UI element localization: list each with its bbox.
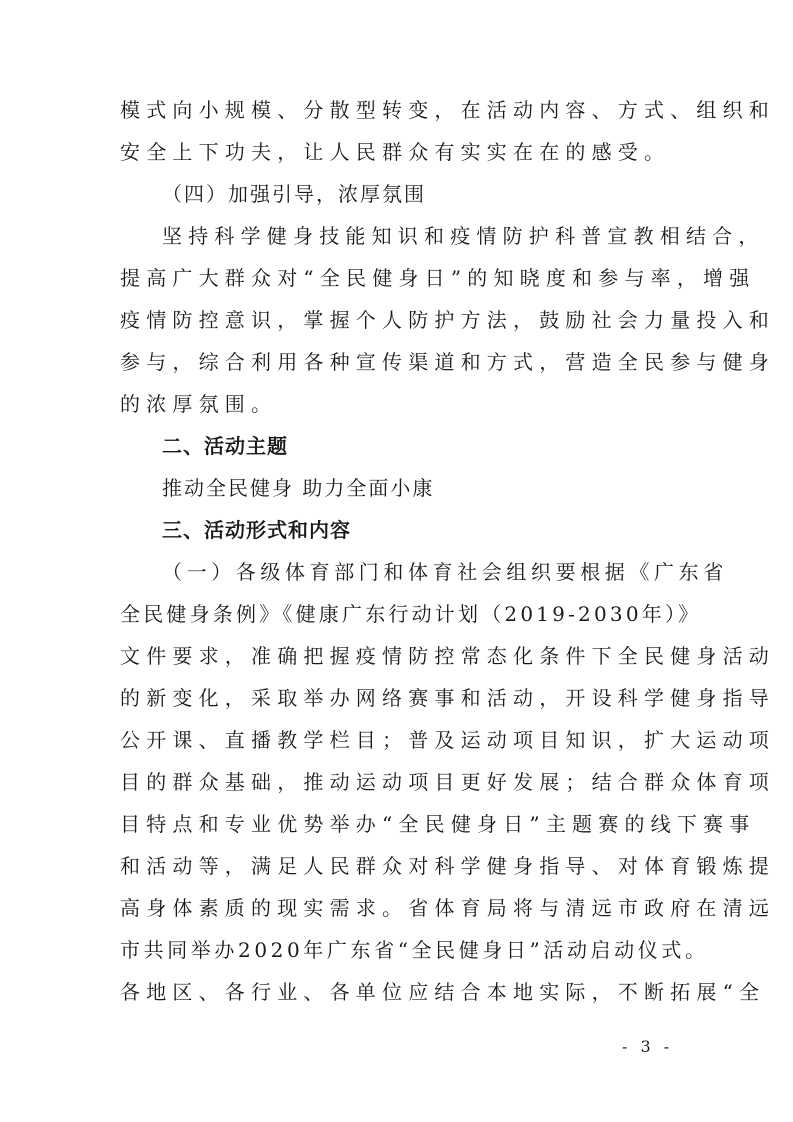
paragraph-line: 安全上下功夫，让人民群众有实实在在的感受。: [120, 139, 668, 165]
paragraph-line: 参与，综合利用各种宣传渠道和方式，营造全民参与健身: [120, 349, 668, 375]
paragraph-line: 高身体素质的现实需求。省体育局将与清远市政府在清远: [120, 895, 668, 921]
paragraph-line: 目的群众基础，推动运动项目更好发展；结合群众体育项: [120, 769, 668, 795]
page-number: - 3 -: [622, 1037, 673, 1057]
paragraph-line: 各地区、各行业、各单位应结合本地实际，不断拓展“全: [120, 979, 668, 1005]
paragraph-line: 疫情防控意识，掌握个人防护方法，鼓励社会力量投入和: [120, 307, 668, 333]
paragraph-line: 的浓厚氛围。: [120, 391, 668, 417]
paragraph-line: 的新变化，采取举办网络赛事和活动，开设科学健身指导: [120, 685, 668, 711]
paragraph-line: 模式向小规模、分散型转变，在活动内容、方式、组织和: [120, 97, 668, 123]
paragraph-line: 全民健身条例》《健康广东行动计划（2019-2030年）》: [120, 601, 668, 627]
paragraph-line: 坚持科学健身技能知识和疫情防护科普宣教相结合，: [162, 223, 710, 249]
paragraph-line: 和活动等，满足人民群众对科学健身指导、对体育锻炼提: [120, 853, 668, 879]
document-page: 模式向小规模、分散型转变，在活动内容、方式、组织和 安全上下功夫，让人民群众有实…: [0, 0, 793, 1122]
paragraph-line: 提高广大群众对“全民健身日”的知晓度和参与率，增强: [120, 265, 668, 291]
section-heading: 二、活动主题: [162, 433, 710, 459]
subsection-heading: （四）加强引导，浓厚氛围: [162, 181, 710, 207]
paragraph-line: 市共同举办2020年广东省“全民健身日”活动启动仪式。: [120, 937, 668, 963]
section-heading: 三、活动形式和内容: [162, 517, 710, 543]
activity-theme: 推动全民健身 助力全面小康: [162, 475, 710, 501]
paragraph-line: （一）各级体育部门和体育社会组织要根据《广东省: [162, 559, 710, 585]
paragraph-line: 目特点和专业优势举办“全民健身日”主题赛的线下赛事: [120, 811, 668, 837]
paragraph-line: 公开课、直播教学栏目；普及运动项目知识，扩大运动项: [120, 727, 668, 753]
paragraph-line: 文件要求，准确把握疫情防控常态化条件下全民健身活动: [120, 643, 668, 669]
